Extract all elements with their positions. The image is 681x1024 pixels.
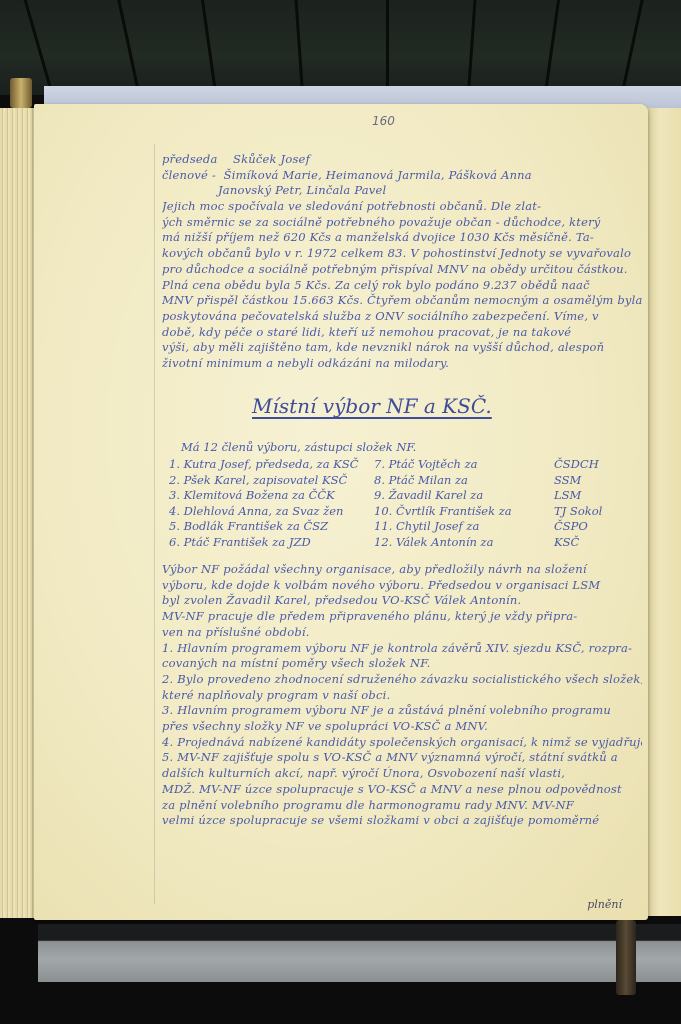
ceiling-slat bbox=[294, 0, 305, 95]
member-row: 5. Bodlák František za ČSZ 11. Chytil Jo… bbox=[169, 519, 639, 535]
paragraph-social-care: Jejich moc spočívala ve sledování potřeb… bbox=[162, 199, 642, 372]
member-org: KSČ bbox=[554, 535, 634, 551]
member-left: 4. Dlehlová Anna, za Svaz žen bbox=[169, 504, 374, 520]
text-line: poskytována pečovatelská služba z ONV so… bbox=[162, 309, 642, 325]
facing-page-edge bbox=[646, 108, 681, 916]
ceiling-slat bbox=[618, 0, 646, 95]
section-heading: Místní výbor NF a KSČ. bbox=[252, 394, 492, 418]
text-line: 4. Projednává nabízené kandidáty společe… bbox=[162, 735, 642, 751]
text-line: covaných na místní poměry všech složek N… bbox=[162, 656, 642, 672]
member-row: 1. Kutra Josef, předseda, za KSČ 7. Ptáč… bbox=[169, 457, 639, 473]
scanner-base bbox=[38, 924, 681, 982]
members-line-2: Janovský Petr, Linčala Pavel bbox=[162, 183, 642, 199]
members-list: Má 12 členů výboru, zástupci složek NF. … bbox=[169, 440, 639, 551]
text-line: 5. MV-NF zajišťuje spolu s VO-KSČ a MNV … bbox=[162, 750, 642, 766]
text-line: MV-NF pracuje dle předem připraveného pl… bbox=[162, 609, 642, 625]
chair-line: předseda Skůček Josef bbox=[162, 152, 642, 168]
text-line: životní minimum a nebyli odkázáni na mil… bbox=[162, 356, 642, 372]
margin-line bbox=[154, 144, 155, 904]
page-number: 160 bbox=[372, 114, 395, 128]
member-right: 11. Chytil Josef za bbox=[374, 519, 554, 535]
member-row: 2. Pšek Karel, zapisovatel KSČ 8. Ptáč M… bbox=[169, 473, 639, 489]
text-line: kových občanů bylo v r. 1972 celkem 83. … bbox=[162, 246, 642, 262]
chair-name: Skůček Josef bbox=[233, 152, 310, 166]
text-line: Výbor NF požádal všechny organisace, aby… bbox=[162, 562, 642, 578]
text-line: MDŽ. MV-NF úzce spolupracuje s VO-KSČ a … bbox=[162, 782, 642, 798]
committee-header: předseda Skůček Josef členové - Šimíková… bbox=[162, 152, 642, 199]
members-line: členové - Šimíková Marie, Heimanová Jarm… bbox=[162, 168, 642, 184]
background-ceiling bbox=[0, 0, 681, 95]
member-left: 2. Pšek Karel, zapisovatel KSČ bbox=[169, 473, 374, 489]
member-left: 6. Ptáč František za JZD bbox=[169, 535, 374, 551]
chair-label: předseda bbox=[162, 152, 218, 166]
members-names: Šimíková Marie, Heimanová Jarmila, Páško… bbox=[224, 168, 532, 182]
member-left: 5. Bodlák František za ČSZ bbox=[169, 519, 374, 535]
members-label: členové bbox=[162, 168, 208, 182]
chronicle-page: 160 předseda Skůček Josef členové - Šimí… bbox=[34, 104, 648, 920]
ceiling-slat bbox=[386, 0, 389, 95]
binder-clip bbox=[10, 78, 32, 108]
text-line: velmi úzce spolupracuje se všemi složkam… bbox=[162, 813, 642, 829]
page-stack-edge bbox=[0, 108, 37, 918]
text-line: pro důchodce a sociálně potřebným přispí… bbox=[162, 262, 642, 278]
text-line: za plnění volebního programu dle harmono… bbox=[162, 798, 642, 814]
binding-strap bbox=[616, 920, 636, 995]
text-line: Plná cena obědu byla 5 Kčs. Za celý rok … bbox=[162, 278, 642, 294]
text-line: které naplňovaly program v naší obci. bbox=[162, 688, 642, 704]
text-line: ých směrnic se za sociálně potřebného po… bbox=[162, 215, 642, 231]
member-row: 6. Ptáč František za JZD 12. Válek Anton… bbox=[169, 535, 639, 551]
member-right: 8. Ptáč Milan za bbox=[374, 473, 554, 489]
member-right: 9. Žavadil Karel za bbox=[374, 488, 554, 504]
text-line: dalších kulturních akcí, např. výročí Ún… bbox=[162, 766, 642, 782]
ceiling-slat bbox=[466, 0, 477, 95]
member-right: 10. Čvrtlík František za bbox=[374, 504, 554, 520]
member-row: 4. Dlehlová Anna, za Svaz žen 10. Čvrtlí… bbox=[169, 504, 639, 520]
ceiling-slat bbox=[116, 0, 144, 95]
continuation-word: plnění bbox=[587, 898, 622, 911]
member-left: 3. Klemitová Božena za ČČK bbox=[169, 488, 374, 504]
text-line: 2. Bylo provedeno zhodnocení sdruženého … bbox=[162, 672, 642, 688]
text-line: má nižší příjem než 620 Kčs a manželská … bbox=[162, 230, 642, 246]
text-line: 1. Hlavním programem výboru NF je kontro… bbox=[162, 641, 642, 657]
text-line: přes všechny složky NF ve spolupráci VO-… bbox=[162, 719, 642, 735]
member-org: ČSDCH bbox=[554, 457, 634, 473]
text-line: výboru, kde dojde k volbám nového výboru… bbox=[162, 578, 642, 594]
members-intro: Má 12 členů výboru, zástupci složek NF. bbox=[181, 440, 639, 454]
text-line: byl zvolen Žavadil Karel, předsedou VO-K… bbox=[162, 593, 642, 609]
ceiling-slat bbox=[542, 0, 562, 95]
text-line: Jejich moc spočívala ve sledování potřeb… bbox=[162, 199, 642, 215]
ceiling-slat bbox=[200, 0, 220, 95]
member-right: 7. Ptáč Vojtěch za bbox=[374, 457, 554, 473]
text-line: době, kdy péče o staré lidi, kteří už ne… bbox=[162, 325, 642, 341]
member-org: SSM bbox=[554, 473, 634, 489]
paragraph-nf-committee: Výbor NF požádal všechny organisace, aby… bbox=[162, 562, 642, 829]
member-row: 3. Klemitová Božena za ČČK 9. Žavadil Ka… bbox=[169, 488, 639, 504]
text-line: MNV přispěl částkou 15.663 Kčs. Čtyřem o… bbox=[162, 293, 642, 309]
text-line: ven na příslušné období. bbox=[162, 625, 642, 641]
member-right: 12. Válek Antonín za bbox=[374, 535, 554, 551]
member-org: TJ Sokol bbox=[554, 504, 634, 520]
member-left: 1. Kutra Josef, předseda, za KSČ bbox=[169, 457, 374, 473]
member-org: ČSPO bbox=[554, 519, 634, 535]
member-org: LSM bbox=[554, 488, 634, 504]
text-line: výši, aby měli zajištěno tam, kde nevzni… bbox=[162, 340, 642, 356]
text-line: 3. Hlavním programem výboru NF je a zůst… bbox=[162, 703, 642, 719]
